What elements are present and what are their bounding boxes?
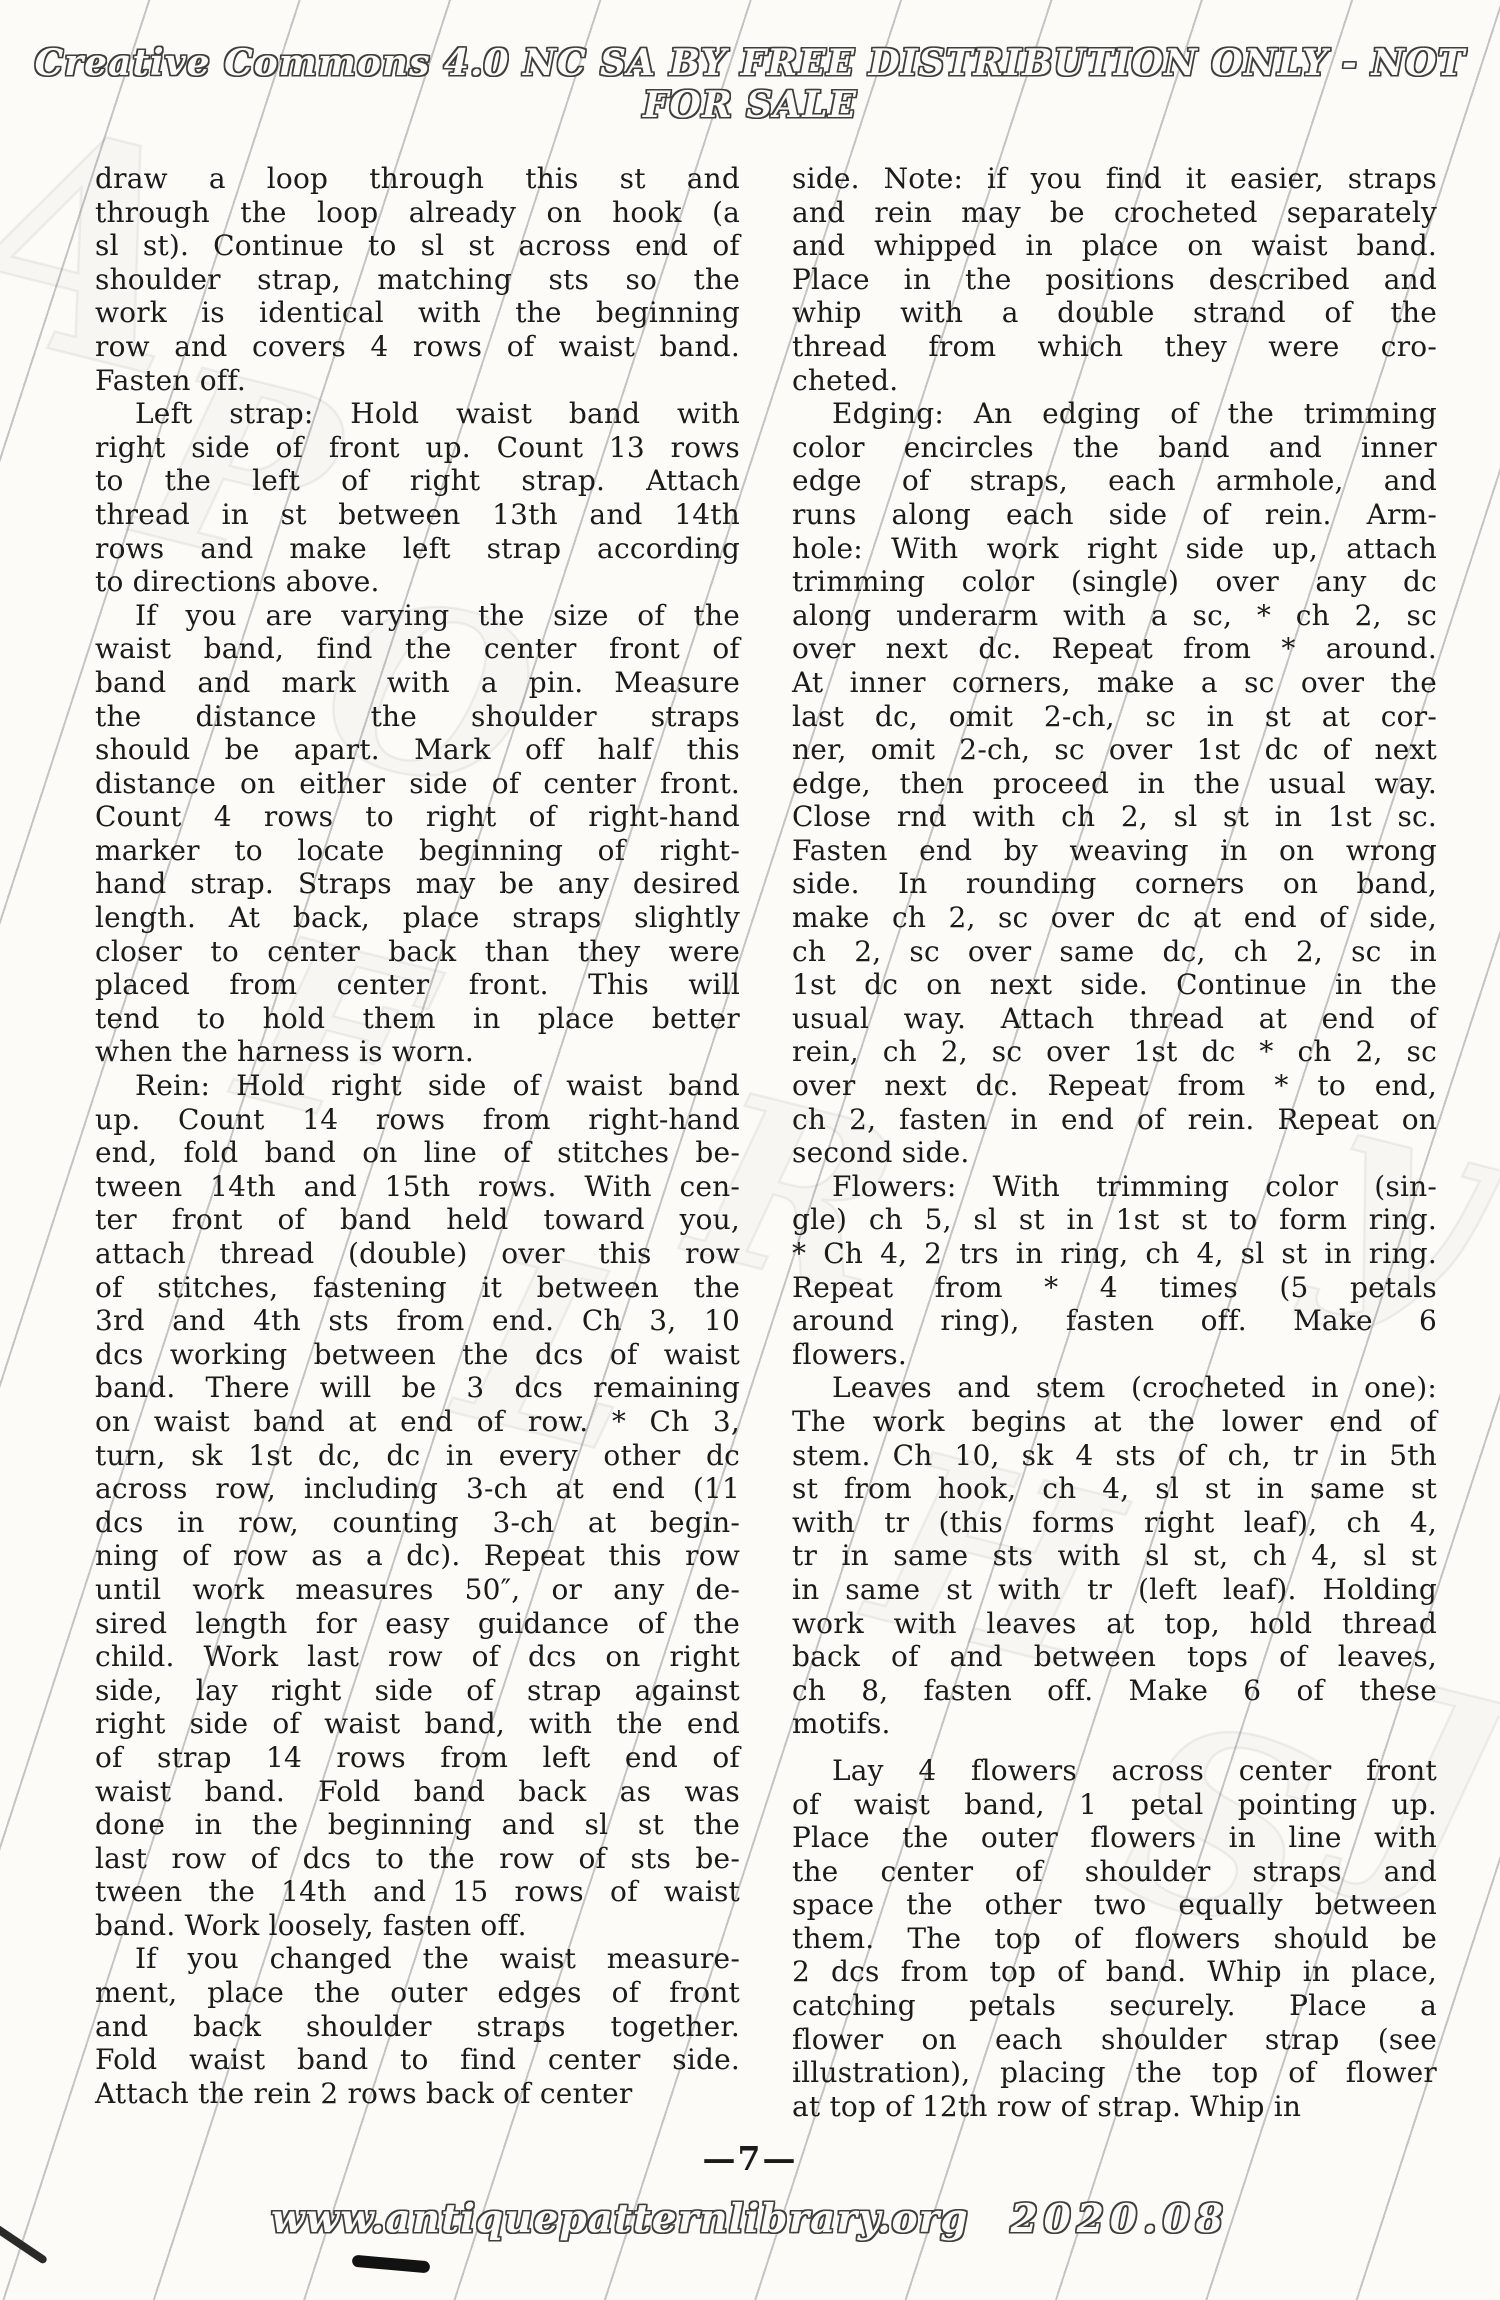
text-line: at top of 12th row of strap. Whip in <box>792 2090 1437 2124</box>
paragraph: Left strap: Hold waist band withright si… <box>95 397 740 599</box>
text-line: rows and make left strap according <box>95 532 740 566</box>
text-line: hole: With work right side up, attach <box>792 532 1437 566</box>
text-line: thread from which they were cro- <box>792 330 1437 364</box>
paragraph: Flowers: With trimming color (sin-gle) c… <box>792 1170 1437 1372</box>
paragraph: Lay 4 flowers across center frontof wais… <box>792 1754 1437 2124</box>
text-line: work is identical with the beginning <box>95 296 740 330</box>
text-line: the center of shoulder straps and <box>792 1855 1437 1889</box>
text-line: Left strap: Hold waist band with <box>95 397 740 431</box>
text-line: 2 dcs from top of band. Whip in place, <box>792 1955 1437 1989</box>
text-line: ter front of band held toward you, <box>95 1203 740 1237</box>
scan-crease-mark <box>352 2255 431 2274</box>
text-line: Edging: An edging of the trimming <box>792 397 1437 431</box>
text-line: over next dc. Repeat from * to end, <box>792 1069 1437 1103</box>
paragraph: Rein: Hold right side of waist bandup. C… <box>95 1069 740 1942</box>
text-line: cheted. <box>792 364 1437 398</box>
text-line: to directions above. <box>95 565 740 599</box>
text-line: attach thread (double) over this row <box>95 1237 740 1271</box>
text-line: on waist band at end of row. * Ch 3, <box>95 1405 740 1439</box>
text-line: ning of row as a dc). Repeat this row <box>95 1539 740 1573</box>
text-line: sired length for easy guidance of the <box>95 1607 740 1641</box>
text-line: marker to locate beginning of right- <box>95 834 740 868</box>
license-header: Creative Commons 4.0 NC SA BY FREE DISTR… <box>0 0 1500 126</box>
paragraph: If you are varying the size of thewaist … <box>95 599 740 1069</box>
text-line: and whipped in place on waist band. <box>792 229 1437 263</box>
text-line: runs along each side of rein. Arm- <box>792 498 1437 532</box>
text-line: when the harness is worn. <box>95 1035 740 1069</box>
text-line: ch 2, fasten in end of rein. Repeat on <box>792 1103 1437 1137</box>
text-line: through the loop already on hook (a <box>95 196 740 230</box>
text-line: space the other two equally between <box>792 1888 1437 1922</box>
text-line: right side of front up. Count 13 rows <box>95 431 740 465</box>
text-line: sl st). Continue to sl st across end of <box>95 229 740 263</box>
text-line: * Ch 4, 2 trs in ring, ch 4, sl st in ri… <box>792 1237 1437 1271</box>
text-line: flower on each shoulder strap (see <box>792 2023 1437 2057</box>
text-line: of strap 14 rows from left end of <box>95 1741 740 1775</box>
text-line: row and covers 4 rows of waist band. <box>95 330 740 364</box>
text-line: Rein: Hold right side of waist band <box>95 1069 740 1103</box>
text-line: turn, sk 1st dc, dc in every other dc <box>95 1439 740 1473</box>
text-line: dcs in row, counting 3-ch at begin- <box>95 1506 740 1540</box>
footer-edition: 2020.08 <box>1011 2196 1229 2242</box>
text-line: color encircles the band and inner <box>792 431 1437 465</box>
footer-url: www.antiquepatternlibrary.org <box>271 2196 968 2242</box>
text-line: hand strap. Straps may be any desired <box>95 867 740 901</box>
text-line: Flowers: With trimming color (sin- <box>792 1170 1437 1204</box>
footer-line: www.antiquepatternlibrary.org2020.08 <box>0 2196 1500 2242</box>
paragraph: Edging: An edging of the trimmingcolor e… <box>792 397 1437 1170</box>
text-line: ment, place the outer edges of front <box>95 1976 740 2010</box>
text-line: edge of straps, each armhole, and <box>792 464 1437 498</box>
text-line: last dc, omit 2-ch, sc in st at cor- <box>792 700 1437 734</box>
text-line: to the left of right strap. Attach <box>95 464 740 498</box>
text-line: band. Work loosely, fasten off. <box>95 1909 740 1943</box>
text-line: ch 8, fasten off. Make 6 of these <box>792 1674 1437 1708</box>
scanned-document-page: APOFLRHSyJ Creative Commons 4.0 NC SA BY… <box>0 0 1500 2300</box>
text-line: rein, ch 2, sc over 1st dc * ch 2, sc <box>792 1035 1437 1069</box>
text-line: end, fold band on line of stitches be- <box>95 1136 740 1170</box>
text-line: catching petals securely. Place a <box>792 1989 1437 2023</box>
paragraph: draw a loop through this st andthrough t… <box>95 162 740 397</box>
text-line: Fold waist band to find center side. <box>95 2043 740 2077</box>
text-line: should be apart. Mark off half this <box>95 733 740 767</box>
text-line: tween the 14th and 15 rows of waist <box>95 1875 740 1909</box>
text-line: shoulder strap, matching sts so the <box>95 263 740 297</box>
text-line: along underarm with a sc, * ch 2, sc <box>792 599 1437 633</box>
text-line: and rein may be crocheted separately <box>792 196 1437 230</box>
text-line: of waist band, 1 petal pointing up. <box>792 1788 1437 1822</box>
text-line: edge, then proceed in the usual way. <box>792 767 1437 801</box>
text-line: Close rnd with ch 2, sl st in 1st sc. <box>792 800 1437 834</box>
text-line: placed from center front. This will <box>95 968 740 1002</box>
paragraph: If you changed the waist measure-ment, p… <box>95 1942 740 2110</box>
text-line: side, lay right side of strap against <box>95 1674 740 1708</box>
text-line: last row of dcs to the row of sts be- <box>95 1842 740 1876</box>
text-line: distance on either side of center front. <box>95 767 740 801</box>
text-line: child. Work last row of dcs on right <box>95 1640 740 1674</box>
text-line: Attach the rein 2 rows back of center <box>95 2077 740 2111</box>
text-line: trimming color (single) over any dc <box>792 565 1437 599</box>
text-line: length. At back, place straps slightly <box>95 901 740 935</box>
text-line: make ch 2, sc over dc at end of side, <box>792 901 1437 935</box>
text-line: ch 2, sc over same dc, ch 2, sc in <box>792 935 1437 969</box>
text-line: up. Count 14 rows from right-hand <box>95 1103 740 1137</box>
text-line: across row, including 3-ch at end (11 <box>95 1472 740 1506</box>
text-line: second side. <box>792 1136 1437 1170</box>
text-line: Leaves and stem (crocheted in one): <box>792 1371 1437 1405</box>
text-line: and back shoulder straps together. <box>95 2010 740 2044</box>
text-line: band. There will be 3 dcs remaining <box>95 1371 740 1405</box>
text-line: back of and between tops of leaves, <box>792 1640 1437 1674</box>
text-line: the distance the shoulder straps <box>95 700 740 734</box>
text-line: At inner corners, make a sc over the <box>792 666 1437 700</box>
text-line: Fasten end by weaving in on wrong <box>792 834 1437 868</box>
text-line: st from hook, ch 4, sl st in same st <box>792 1472 1437 1506</box>
text-line: Repeat from * 4 times (5 petals <box>792 1271 1437 1305</box>
text-line: in same st with tr (left leaf). Holding <box>792 1573 1437 1607</box>
text-line: done in the beginning and sl st the <box>95 1808 740 1842</box>
paragraph: side. Note: if you find it easier, strap… <box>792 162 1437 397</box>
text-line: illustration), placing the top of flower <box>792 2056 1437 2090</box>
text-line: of stitches, fastening it between the <box>95 1271 740 1305</box>
two-column-text-block: draw a loop through this st andthrough t… <box>95 162 1442 2123</box>
text-line: thread in st between 13th and 14th <box>95 498 740 532</box>
text-line: side. In rounding corners on band, <box>792 867 1437 901</box>
text-line: right side of waist band, with the end <box>95 1707 740 1741</box>
text-line: tr in same sts with sl st, ch 4, sl st <box>792 1539 1437 1573</box>
text-line: Count 4 rows to right of right-hand <box>95 800 740 834</box>
text-line: usual way. Attach thread at end of <box>792 1002 1437 1036</box>
text-line: The work begins at the lower end of <box>792 1405 1437 1439</box>
text-line: around ring), fasten off. Make 6 <box>792 1304 1437 1338</box>
text-line: tend to hold them in place better <box>95 1002 740 1036</box>
text-line: work with leaves at top, hold thread <box>792 1607 1437 1641</box>
paragraph: Leaves and stem (crocheted in one):The w… <box>792 1371 1437 1741</box>
text-line: with tr (this forms right leaf), ch 4, <box>792 1506 1437 1540</box>
right-text-column: side. Note: if you find it easier, strap… <box>792 162 1437 2123</box>
text-line: them. The top of flowers should be <box>792 1922 1437 1956</box>
text-line: whip with a double strand of the <box>792 296 1437 330</box>
text-line: 1st dc on next side. Continue in the <box>792 968 1437 1002</box>
text-line: motifs. <box>792 1707 1437 1741</box>
text-line: over next dc. Repeat from * around. <box>792 632 1437 666</box>
text-line: If you changed the waist measure- <box>95 1942 740 1976</box>
text-line: tween 14th and 15th rows. With cen- <box>95 1170 740 1204</box>
text-line: flowers. <box>792 1338 1437 1372</box>
text-line: draw a loop through this st and <box>95 162 740 196</box>
text-line: waist band. Fold band back as was <box>95 1775 740 1809</box>
text-line: stem. Ch 10, sk 4 sts of ch, tr in 5th <box>792 1439 1437 1473</box>
text-line: ner, omit 2-ch, sc over 1st dc of next <box>792 733 1437 767</box>
text-line: band and mark with a pin. Measure <box>95 666 740 700</box>
left-text-column: draw a loop through this st andthrough t… <box>95 162 740 2123</box>
text-line: 3rd and 4th sts from end. Ch 3, 10 <box>95 1304 740 1338</box>
text-line: until work measures 50″, or any de- <box>95 1573 740 1607</box>
text-line: Lay 4 flowers across center front <box>792 1754 1437 1788</box>
text-line: gle) ch 5, sl st in 1st st to form ring. <box>792 1203 1437 1237</box>
text-line: Fasten off. <box>95 364 740 398</box>
text-line: closer to center back than they were <box>95 935 740 969</box>
text-line: dcs working between the dcs of waist <box>95 1338 740 1372</box>
text-line: waist band, find the center front of <box>95 632 740 666</box>
text-line: Place in the positions described and <box>792 263 1437 297</box>
page-number: —7— <box>0 2139 1500 2178</box>
text-line: side. Note: if you find it easier, strap… <box>792 162 1437 196</box>
text-line: If you are varying the size of the <box>95 599 740 633</box>
text-line: Place the outer flowers in line with <box>792 1821 1437 1855</box>
